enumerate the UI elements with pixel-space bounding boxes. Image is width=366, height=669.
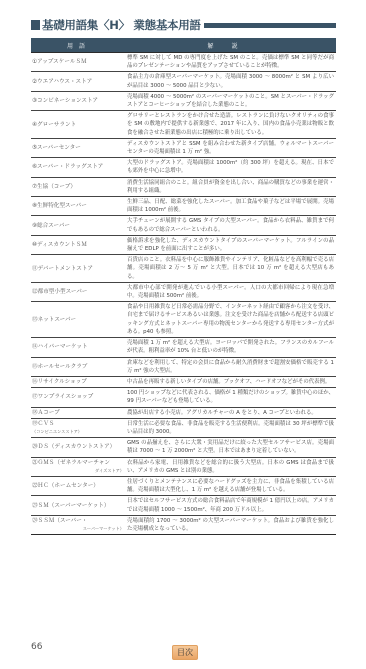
table-row: ⑮ホールセールクラブ倉庫などを利用して、特定の会員に食品から耐久消費財まで超割安… xyxy=(31,357,336,376)
description-cell: 売場面積約 1700 ～ 3000m² の大型スーパーマーケット。食品および雑貨… xyxy=(127,516,336,534)
description-cell: 標準 SM に対して MD の専門度を上げた SM のこと。売価は標準 SM と… xyxy=(127,53,336,71)
description-cell: 食品主力の倉庫型スーパーマーケット。売場面積 3000 ～ 8000m² と S… xyxy=(127,72,336,90)
term-cell: ⑰ワンプライスショップ xyxy=(31,388,127,406)
table-row: ⑳ＤＳ（ディスカウントストア）GMS の品揃えを、さらに大衆・実用品だけに絞った… xyxy=(31,437,336,456)
table-row: ⑨総合スーパー大手チェーンが展開する GMS タイプの大型スーパー。食品から衣料… xyxy=(31,215,336,234)
title-rule xyxy=(204,23,336,28)
term-label: ㉓ＳＭ（スーパーマーケット） xyxy=(32,502,127,510)
description-cell: 衣料品から家電、日用雑貨などを総合的に扱う大型店。日本の GMS は食品まで扱い… xyxy=(127,458,336,476)
term-cell: ⑫都市型小型スーパー xyxy=(31,283,127,301)
term-cell: ④グローサラント xyxy=(31,111,127,138)
term-cell: ⑲ＣＶＳ（コンビニエンスストア） xyxy=(31,419,127,437)
column-header-description: 解説 xyxy=(127,41,336,50)
term-label: ㉑ＧＭＳ（ゼネラルマーチャン xyxy=(32,459,127,467)
term-label: ㉔ＳＳＭ（スーパー・ xyxy=(32,517,127,525)
term-label: ②ウエアハウス・ストア xyxy=(32,78,127,86)
term-label: ⑮ホールセールクラブ xyxy=(32,363,127,371)
table-row: ㉑ＧＭＳ（ゼネラルマーチャンダイズストア）衣料品から家電、日用雑貨などを総合的に… xyxy=(31,457,336,476)
term-label: ①アップスケールＳＭ xyxy=(32,58,127,66)
table-row: ⑤スーパーセンターディスカウントストアと SSM を組み合わせた新タイプ店舗。ウ… xyxy=(31,138,336,157)
description-cell: 大都市中心部で開発が進んでいる小型スーパー。人口の大都市回帰により現在急増中。売… xyxy=(127,283,336,301)
glossary-table: 用語 解説 ①アップスケールＳＭ標準 SM に対して MD の専門度を上げた S… xyxy=(31,38,336,535)
description-cell: 日常生活に必要な食品、非食品を販売する生活便利店。売場面積は 30 坪が標準で扱… xyxy=(127,419,336,437)
term-cell: ⑦生協（コープ） xyxy=(31,178,127,196)
term-cell: ⑯リサイクルショップ xyxy=(31,377,127,387)
term-label: ⑭ハイパーマーケット xyxy=(32,343,127,351)
table-row: ④グローサラントグロサリーとレストランをかけ合せた造語。レストランに負けないクオ… xyxy=(31,110,336,138)
table-row: ⑯リサイクルショップ中古品を再販する新しいタイプの店舗。ブックオフ、ハードオフな… xyxy=(31,376,336,387)
term-label: ⑰ワンプライスショップ xyxy=(32,393,127,401)
term-label: ⑦生協（コープ） xyxy=(32,183,127,191)
term-label: ⑫都市型小型スーパー xyxy=(32,288,127,296)
term-cell: ⑤スーパーセンター xyxy=(31,139,127,157)
table-row: ⑰ワンプライスショップ100 円ショップなどに代表される、価格が 1 種類だけの… xyxy=(31,387,336,406)
table-row: ⑫都市型小型スーパー大都市中心部で開発が進んでいる小型スーパー。人口の大都市回帰… xyxy=(31,282,336,301)
term-label: ⑯リサイクルショップ xyxy=(32,378,127,386)
description-cell: 売場面積 4000 ～ 5000m² のスーパーマーケットのこと。SM とスーパ… xyxy=(127,92,336,110)
description-cell: 倉庫などを利用して、特定の会員に食品から耐久消費財まで超割安価格で販売する 1 … xyxy=(127,358,336,376)
description-cell: 農協が出店する小売店。アグリカルチャーの A をとり、A コープといわれる。 xyxy=(127,408,336,418)
description-cell: 100 円ショップなどに代表される、価格が 1 種類だけのショップ。雑貨中心のほ… xyxy=(127,388,336,406)
table-row: ㉔ＳＳＭ（スーパー・スーパーマーケット）売場面積約 1700 ～ 3000m² … xyxy=(31,515,336,534)
term-cell: ⑪デパートメントストア xyxy=(31,255,127,282)
table-row: ⑩ディスカウントＳＭ価格訴求を強化した、ディスカウントタイプのスーパーマーケット… xyxy=(31,235,336,254)
term-cell: ⑩ディスカウントＳＭ xyxy=(31,236,127,254)
table-header: 用語 解説 xyxy=(31,38,336,53)
table-row: ①アップスケールＳＭ標準 SM に対して MD の専門度を上げた SM のこと。… xyxy=(31,53,336,71)
term-cell: ㉑ＧＭＳ（ゼネラルマーチャンダイズストア） xyxy=(31,458,127,476)
table-row: ⑱Ａコープ農協が出店する小売店。アグリカルチャーの A をとり、A コープといわ… xyxy=(31,407,336,418)
table-row: ⑦生協（コープ）消費生活協同組合のこと。組合員が資金を出し合い、商品の購買などの… xyxy=(31,177,336,196)
term-cell: ⑭ハイパーマーケット xyxy=(31,338,127,356)
description-cell: ディスカウントストアと SSM を組み合わせた新タイプ店舗。ウォルマートスーパー… xyxy=(127,139,336,157)
term-cell: ⑨総合スーパー xyxy=(31,216,127,234)
term-cell: ①アップスケールＳＭ xyxy=(31,53,127,71)
description-cell: 百貨店のこと。衣料品を中心に服飾雑貨やインテリア、化粧品などを高利幅で売る店舗。… xyxy=(127,255,336,282)
table-row: ㉒ＨＣ（ホームセンター）住居づくりとメンテナンスに必要なハードグッズを主力に、非… xyxy=(31,476,336,495)
description-cell: GMS の品揃えを、さらに大衆・実用品だけに絞った大型セルフサービス店。売場面積… xyxy=(127,438,336,456)
section-title: 基礎用語集〈H〉 業態基本用語 xyxy=(31,18,336,32)
term-cell: ⑧生鮮特化型スーパー xyxy=(31,197,127,215)
term-cell: ㉔ＳＳＭ（スーパー・スーパーマーケット） xyxy=(31,516,127,534)
term-cell: ⑮ホールセールクラブ xyxy=(31,358,127,376)
table-row: ⑭ハイパーマーケット売場面積 1 万 m² を超える大型店。ヨーロッパで開発され… xyxy=(31,337,336,356)
table-row: ㉓ＳＭ（スーパーマーケット）日本ではセルフサービス方式の総合食料品店で年商規模が… xyxy=(31,495,336,514)
page-number: 66 xyxy=(31,642,42,652)
term-label: ⑩ディスカウントＳＭ xyxy=(32,241,127,249)
term-label: ⑲ＣＶＳ xyxy=(32,420,127,428)
description-cell: 売場面積 1 万 m² を超える大型店。ヨーロッパで開発された。フランスのカルフ… xyxy=(127,338,336,356)
description-cell: 食品や日用雑貨など日常必需品分野で、インターネット経由で顧客から注文を受け、自宅… xyxy=(127,302,336,337)
term-label: ⑬ネットスーパー xyxy=(32,316,127,324)
description-cell: 消費生活協同組合のこと。組合員が資金を出し合い、商品の購買などの事業を運営・利用… xyxy=(127,178,336,196)
term-cell: ㉒ＨＣ（ホームセンター） xyxy=(31,477,127,495)
term-cell: ③コンビネーションストア xyxy=(31,92,127,110)
term-sublabel: スーパーマーケット） xyxy=(32,525,127,533)
description-cell: 生鮮三品、日配、総菜を強化したスーパー。加工食品や菓子などは平場で展開。売場面積… xyxy=(127,197,336,215)
term-label: ③コンビネーションストア xyxy=(32,97,127,105)
term-sublabel: ダイズストア） xyxy=(32,467,127,475)
term-label: ⑱Ａコープ xyxy=(32,409,127,417)
description-cell: 住居づくりとメンテナンスに必要なハードグッズを主力に、非食品を集積している店舗。… xyxy=(127,477,336,495)
term-label: ㉒ＨＣ（ホームセンター） xyxy=(32,482,127,490)
term-label: ⑨総合スーパー xyxy=(32,222,127,230)
column-header-term: 用語 xyxy=(31,41,127,50)
description-cell: 価格訴求を強化した、ディスカウントタイプのスーパーマーケット。フルラインの品揃え… xyxy=(127,236,336,254)
table-of-contents-button[interactable]: 目次 xyxy=(172,645,198,660)
table-row: ⑲ＣＶＳ（コンビニエンスストア）日常生活に必要な食品、非食品を販売する生活便利店… xyxy=(31,418,336,437)
term-label: ⑳ＤＳ（ディスカウントストア） xyxy=(32,443,127,451)
description-cell: グロサリーとレストランをかけ合せた造語。レストランに負けないクオリティの食事を … xyxy=(127,111,336,138)
description-cell: 中古品を再販する新しいタイプの店舗。ブックオフ、ハードオフなどがその代表例。 xyxy=(127,377,336,387)
term-label: ⑥スーパー・ドラッグストア xyxy=(32,163,127,171)
page-title: 基礎用語集〈H〉 業態基本用語 xyxy=(42,17,201,33)
table-row: ⑥スーパー・ドラッグストア大型のドラッグストア。売場面積は 1000m²（約 3… xyxy=(31,157,336,176)
term-cell: ⑬ネットスーパー xyxy=(31,302,127,337)
description-cell: 日本ではセルフサービス方式の総合食料品店で年商規模が 1 億円以上の店。アメリカ… xyxy=(127,496,336,514)
square-bullet-icon xyxy=(31,20,40,30)
table-row: ⑪デパートメントストア百貨店のこと。衣料品を中心に服飾雑貨やインテリア、化粧品な… xyxy=(31,254,336,282)
term-label: ④グローサラント xyxy=(32,121,127,129)
description-cell: 大型のドラッグストア。売場面積は 1000m²（約 300 坪）を超える。現在、… xyxy=(127,158,336,176)
term-sublabel: （コンビニエンスストア） xyxy=(32,428,127,436)
term-label: ⑤スーパーセンター xyxy=(32,144,127,152)
table-row: ③コンビネーションストア売場面積 4000 ～ 5000m² のスーパーマーケッ… xyxy=(31,91,336,110)
term-cell: ⑱Ａコープ xyxy=(31,408,127,418)
term-label: ⑪デパートメントストア xyxy=(32,265,127,273)
table-row: ②ウエアハウス・ストア食品主力の倉庫型スーパーマーケット。売場面積 3000 ～… xyxy=(31,71,336,90)
term-cell: ⑳ＤＳ（ディスカウントストア） xyxy=(31,438,127,456)
term-label: ⑧生鮮特化型スーパー xyxy=(32,202,127,210)
table-row: ⑬ネットスーパー食品や日用雑貨など日常必需品分野で、インターネット経由で顧客から… xyxy=(31,301,336,337)
term-cell: ㉓ＳＭ（スーパーマーケット） xyxy=(31,496,127,514)
term-cell: ⑥スーパー・ドラッグストア xyxy=(31,158,127,176)
description-cell: 大手チェーンが展開する GMS タイプの大型スーパー。食品から衣料品、雑貨まで何… xyxy=(127,216,336,234)
table-row: ⑧生鮮特化型スーパー生鮮三品、日配、総菜を強化したスーパー。加工食品や菓子などは… xyxy=(31,196,336,215)
term-cell: ②ウエアハウス・ストア xyxy=(31,72,127,90)
